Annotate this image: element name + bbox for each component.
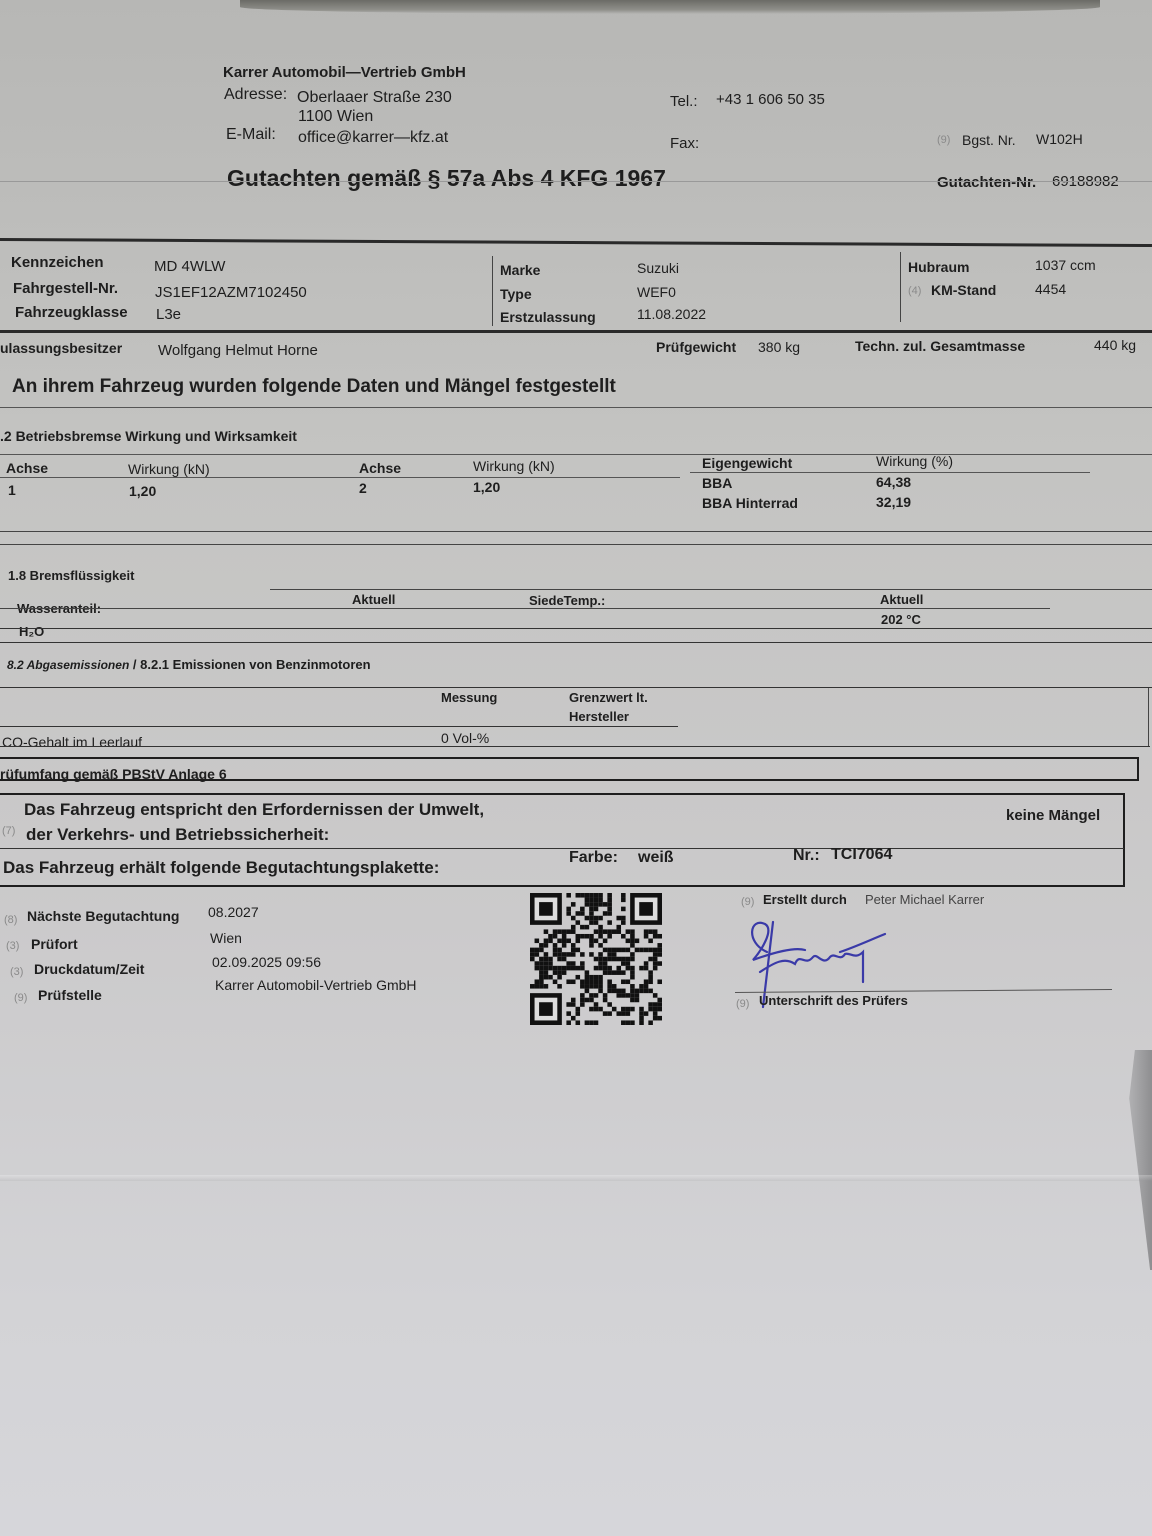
naechste-label: Nächste Begutachtung [27,908,179,924]
grenzwert-label-1: Grenzwert lt. [569,690,648,705]
erstzulassung-label: Erstzulassung [500,309,596,325]
brake-axle-1-value: 1,20 [129,483,156,499]
besitzer-value: Wolfgang Helmut Horne [158,342,318,359]
brake-col-wirkung-2: Wirkung (kN) [473,458,555,474]
emissions-title-italic: 8.2 Abgasemissionen [7,658,129,672]
bba-value: 64,38 [876,474,911,490]
fahrgestell-label: Fahrgestell-Nr. [13,280,118,297]
findings-title: An ihrem Fahrzeug wurden folgende Daten … [12,376,616,398]
divider [0,181,1152,182]
farbe-label: Farbe: [569,849,618,867]
brake-col-achse: Achse [6,460,48,476]
druckdatum-value: 02.09.2025 09:56 [212,954,321,970]
gesamtmasse-value: 440 kg [1094,337,1136,353]
erstzulassung-value: 11.08.2022 [637,306,706,322]
siedetemp-value: 202 °C [881,612,921,627]
footer-ref-2: (3) [6,940,19,952]
pruefort-label: Prüfort [31,936,78,952]
pruefstelle-label: Prüfstelle [38,987,102,1003]
bgst-label: Bgst. Nr. [962,132,1016,148]
company-name: Karrer Automobil—Vertrieb GmbH [223,64,466,81]
paper-edge [1114,1050,1152,1270]
divider [0,477,680,478]
type-value: WEF0 [637,284,676,300]
footer-ref-4: (9) [14,992,27,1004]
divider [0,407,1152,408]
km-value: 4454 [1035,281,1066,297]
bba-label: BBA [702,475,732,491]
result-line1: Das Fahrzeug entspricht den Erforderniss… [24,800,484,820]
divider [0,642,1152,643]
siedetemp-label: SiedeTemp.: [529,593,605,608]
divider [492,256,493,326]
fluid-title: 1.8 Bremsflüssigkeit [8,568,134,583]
gesamtmasse-label: Techn. zul. Gesamtmasse [855,338,1025,354]
fahrgestell-value: JS1EF12AZM7102450 [155,284,307,301]
grenzwert-label-2: Hersteller [569,709,629,724]
address-line2: 1100 Wien [298,108,373,126]
co-value: 0 Vol-% [441,730,489,746]
divider [0,544,1152,545]
divider [900,252,901,322]
plakette-label: Das Fahrzeug erhält folgende Begutachtun… [3,858,439,878]
brake-title: .2 Betriebsbremse Wirkung und Wirksamkei… [0,428,297,444]
farbe-value: weiß [638,849,674,867]
klasse-value: L3e [156,306,181,323]
sign-ref: (9) [736,998,749,1010]
status-badge: keine Mängel [1006,807,1100,824]
brake-axle-2-value: 1,20 [473,479,500,495]
pruefort-value: Wien [210,930,242,946]
divider [0,531,1152,532]
divider [0,848,1124,849]
plakette-nr-value: TCI7064 [831,846,892,864]
divider [0,608,1050,609]
km-ref: (4) [908,285,921,297]
address-label: Adresse: [224,86,287,104]
pruefgewicht-label: Prüfgewicht [656,339,736,355]
brake-axle-2: 2 [359,480,367,496]
naechste-value: 08.2027 [208,904,259,920]
type-label: Type [500,286,532,302]
brake-col-wirkung-pct: Wirkung (%) [876,453,953,469]
divider [0,454,1152,455]
brake-col-eigengewicht: Eigengewicht [702,455,792,471]
qr-code [527,893,665,1025]
divider [270,589,1152,590]
scope-label: rüfumfang gemäß PBStV Anlage 6 [0,766,227,782]
divider [0,330,1152,333]
emissions-title-rest: / 8.2.1 Emissionen von Benzinmotoren [129,657,370,672]
h2o-label: H₂O [19,624,44,639]
footer-ref-1: (8) [4,914,17,926]
besitzer-label: ulassungsbesitzer [0,340,122,356]
divider [0,746,1150,747]
result-ref: (7) [2,825,15,837]
marke-label: Marke [500,262,540,278]
erstellt-label: Erstellt durch [763,892,847,907]
marke-value: Suzuki [637,260,679,276]
hubraum-value: 1037 ccm [1035,257,1096,273]
brake-col-wirkung: Wirkung (kN) [128,461,210,477]
divider [0,238,1152,247]
aktuell-label-1: Aktuell [352,592,395,607]
emissions-title: 8.2 Abgasemissionen / 8.2.1 Emissionen v… [7,657,371,672]
pruefgewicht-value: 380 kg [758,339,800,355]
divider [1148,688,1149,746]
tel-label: Tel.: [670,93,698,110]
divider [690,472,1090,473]
email-label: E-Mail: [226,126,276,144]
fax-label: Fax: [670,135,699,152]
co-label: CO-Gehalt im Leerlauf [2,734,142,750]
bba-hinterrad-value: 32,19 [876,494,911,510]
pruefstelle-value: Karrer Automobil-Vertrieb GmbH [215,977,417,993]
plakette-nr-label: Nr.: [793,847,820,865]
messung-label: Messung [441,690,497,705]
divider [0,628,1152,629]
bgst-ref: (9) [937,134,950,146]
email-link[interactable]: office@karrer—kfz.at [298,129,448,147]
divider [0,726,678,727]
paper-fold [0,1175,1152,1181]
aktuell-label-2: Aktuell [880,592,923,607]
footer-ref-3: (3) [10,966,23,978]
brake-axle-1: 1 [8,482,16,498]
tel-value: +43 1 606 50 35 [716,91,825,108]
druckdatum-label: Druckdatum/Zeit [34,961,144,977]
page-title: Gutachten gemäß § 57a Abs 4 KFG 1967 [227,165,666,192]
bgst-value: W102H [1036,131,1083,147]
bba-hinterrad-label: BBA Hinterrad [702,495,798,511]
kennzeichen-value: MD 4WLW [154,258,225,275]
hubraum-label: Hubraum [908,259,969,275]
erstellt-value: Peter Michael Karrer [865,892,984,907]
erstellt-ref: (9) [741,896,754,908]
kennzeichen-label: Kennzeichen [11,254,104,271]
background-shadow [240,0,1100,14]
brake-col-achse-2: Achse [359,460,401,476]
address-line1: Oberlaaer Straße 230 [297,89,452,107]
km-label: KM-Stand [931,282,996,298]
result-line2: der Verkehrs- und Betriebssicherheit: [26,825,329,845]
sign-label: Unterschrift des Prüfers [759,993,908,1008]
divider [0,687,1152,688]
gutachten-label: Gutachten-Nr. [937,174,1036,191]
klasse-label: Fahrzeugklasse [15,304,128,321]
